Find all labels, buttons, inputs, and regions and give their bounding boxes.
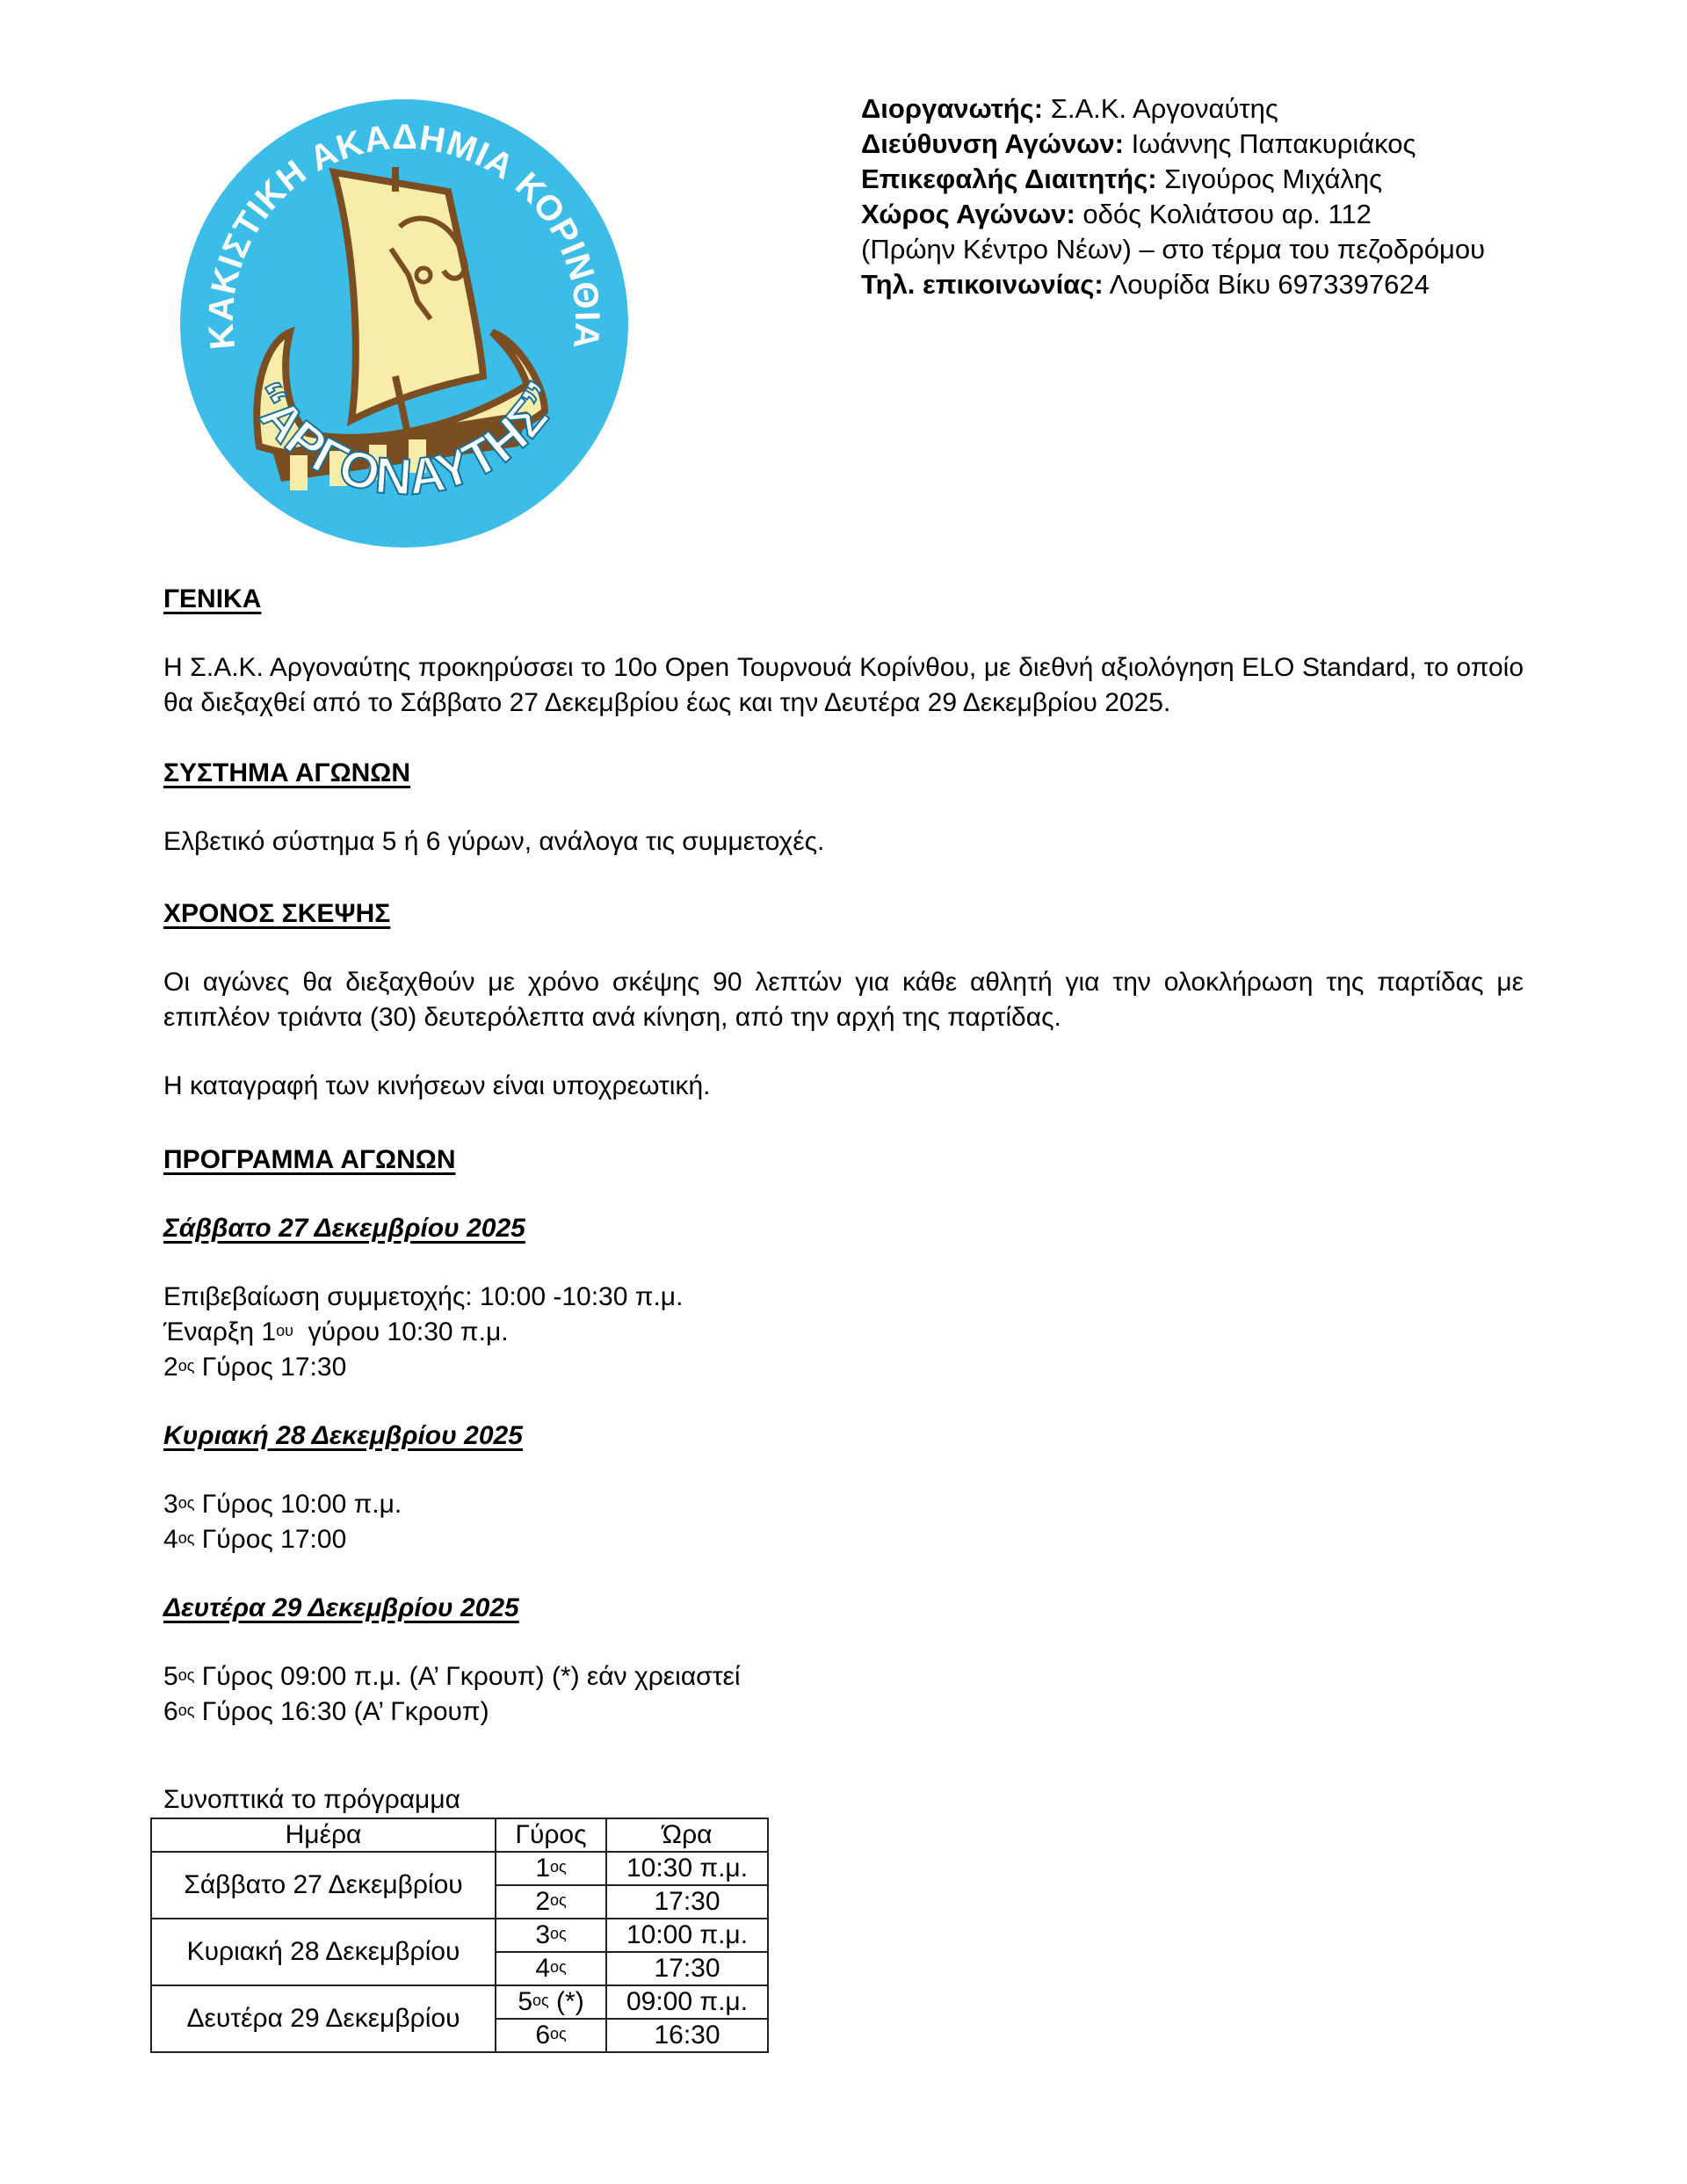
section-title-schedule: ΠΡΟΓΡΑΜΜΑ ΑΓΩΝΩΝ (163, 1143, 1524, 1178)
info-row: (Πρώην Κέντρο Νέων) – στο τέρμα του πεζο… (861, 232, 1485, 267)
schedule-line-text: 2 (163, 1353, 178, 1382)
section-title-general: ΓΕΝΙΚΑ (163, 582, 1524, 617)
summary-round-cell: 6ος (496, 2019, 606, 2052)
schedule-day-title: Δευτέρα 29 Δεκεμβρίου 2025 (163, 1591, 1524, 1626)
schedule-line-text: 4 (163, 1525, 178, 1554)
summary-round-cell: 4ος (496, 1952, 606, 1985)
info-label: Τηλ. επικοινωνίας: (861, 269, 1104, 300)
ordinal-suffix: ος (178, 1357, 195, 1375)
section-time-control: ΧΡΟΝΟΣ ΣΚΕΨΗΣ Οι αγώνες θα διεξαχθούν με… (163, 896, 1524, 1104)
section-title-system: ΣΥΣΤΗΜΑ ΑΓΩΝΩΝ (163, 756, 1524, 791)
schedule-line-text: Γύρος 10:00 π.μ. (194, 1490, 402, 1519)
header-round: Γύρος (496, 1818, 606, 1852)
schedule-line-text: 3 (163, 1490, 178, 1519)
summary-round-cell: 3ος (496, 1919, 606, 1952)
schedule-line: Έναρξη 1ου γύρου 10:30 π.μ. (163, 1315, 1524, 1350)
summary-time-cell: 10:30 π.μ. (606, 1852, 768, 1885)
summary-table: Ημέρα Γύρος Ώρα Σάββατο 27 Δεκεμβρίου1ος… (150, 1818, 769, 2053)
schedule-line-text: 6 (163, 1697, 178, 1726)
ordinal-suffix: ος (550, 1858, 567, 1876)
club-logo: ΣΚΑΚΙΣΤΙΚΗ ΑΚΑΔΗΜΙΑ ΚΟΡΙΝΘΙΑΣ “ΑΡΓΟΝΑΥΤΗ… (176, 95, 633, 552)
section-general: ΓΕΝΙΚΑ Η Σ.Α.Κ. Αργοναύτης προκηρύσσει τ… (163, 582, 1524, 721)
header-time: Ώρα (606, 1818, 768, 1852)
info-label: Διοργανωτής: (861, 93, 1043, 124)
summary-round-cell: 1ος (496, 1852, 606, 1885)
time-control-note: Η καταγραφή των κινήσεων είναι υποχρεωτι… (163, 1069, 1524, 1104)
general-text: Η Σ.Α.Κ. Αργοναύτης προκηρύσσει το 10ο O… (163, 650, 1524, 721)
summary-time-cell: 09:00 π.μ. (606, 1985, 768, 2019)
section-schedule: ΠΡΟΓΡΑΜΜΑ ΑΓΩΝΩΝ Σάββατο 27 Δεκεμβρίου 2… (163, 1143, 1524, 1730)
ordinal-suffix: ος (178, 1701, 195, 1719)
system-text: Ελβετικό σύστημα 5 ή 6 γύρων, ανάλογα τι… (163, 824, 1524, 860)
ordinal-suffix: ος (550, 1958, 567, 1976)
info-value: οδός Κολιάτσου αρ. 112 (1075, 199, 1372, 229)
ordinal-suffix: ος (178, 1529, 195, 1547)
schedule-line-text: Επιβεβαίωση συμμετοχής: 10:00 -10:30 π.μ… (163, 1282, 683, 1311)
schedule-line: 4ος Γύρος 17:00 (163, 1522, 1524, 1557)
schedule-line-text: γύρου 10:30 π.μ. (293, 1317, 509, 1346)
info-row: Επικεφαλής Διαιτητής: Σιγούρος Μιχάλης (861, 162, 1485, 197)
schedule-line-text: Γύρος 09:00 π.μ. (Α’ Γκρουπ) (*) εάν χρε… (194, 1662, 740, 1691)
ordinal-suffix: ος (532, 1992, 549, 2009)
document-page: ΣΚΑΚΙΣΤΙΚΗ ΑΚΑΔΗΜΙΑ ΚΟΡΙΝΘΙΑΣ “ΑΡΓΟΝΑΥΤΗ… (0, 0, 1687, 2184)
summary-time-cell: 16:30 (606, 2019, 768, 2052)
ordinal-suffix: ος (178, 1666, 195, 1684)
schedule-days: Σάββατο 27 Δεκεμβρίου 2025Επιβεβαίωση συ… (163, 1211, 1524, 1730)
info-value: Λουρίδα Βίκυ 6973397624 (1104, 269, 1430, 300)
round-number: 3 (535, 1920, 550, 1949)
schedule-line: 6ος Γύρος 16:30 (Α’ Γκρουπ) (163, 1694, 1524, 1730)
schedule-day-title: Σάββατο 27 Δεκεμβρίου 2025 (163, 1211, 1524, 1246)
summary-day-cell: Κυριακή 28 Δεκεμβρίου (151, 1919, 496, 1985)
summary-row: Δευτέρα 29 Δεκεμβρίου5ος (*)09:00 π.μ. (151, 1985, 768, 2019)
ordinal-suffix: ος (178, 1494, 195, 1512)
round-number: 6 (535, 2021, 550, 2050)
header-day: Ημέρα (151, 1818, 496, 1852)
summary-day-cell: Σάββατο 27 Δεκεμβρίου (151, 1852, 496, 1919)
summary-round-cell: 2ος (496, 1885, 606, 1919)
time-control-text: Οι αγώνες θα διεξαχθούν με χρόνο σκέψης … (163, 965, 1524, 1035)
ordinal-suffix: ου (276, 1322, 293, 1339)
info-value: Ιωάννης Παπακυριάκος (1124, 128, 1416, 159)
organizer-info: Διοργανωτής: Σ.Α.Κ. ΑργοναύτηςΔιεύθυνση … (861, 91, 1485, 302)
round-number: 1 (535, 1854, 550, 1883)
info-row: Τηλ. επικοινωνίας: Λουρίδα Βίκυ 69733976… (861, 267, 1485, 302)
schedule-line-text: Έναρξη 1 (163, 1317, 276, 1346)
info-label: Επικεφαλής Διαιτητής: (861, 163, 1157, 194)
ordinal-suffix: ος (550, 2025, 567, 2043)
summary-header-row: Ημέρα Γύρος Ώρα (151, 1818, 768, 1852)
schedule-line-text: Γύρος 17:30 (194, 1353, 346, 1382)
info-row: Διοργανωτής: Σ.Α.Κ. Αργοναύτης (861, 91, 1485, 127)
info-label: Χώρος Αγώνων: (861, 199, 1075, 229)
schedule-line-text: Γύρος 17:00 (194, 1525, 346, 1554)
info-value: Σιγούρος Μιχάλης (1157, 163, 1383, 194)
schedule-line: Επιβεβαίωση συμμετοχής: 10:00 -10:30 π.μ… (163, 1280, 1524, 1315)
summary-round-cell: 5ος (*) (496, 1985, 606, 2019)
summary-caption: Συνοπτικά το πρόγραμμα (163, 1784, 460, 1816)
round-note: (*) (549, 1987, 584, 2016)
schedule-line-text: Γύρος 16:30 (Α’ Γκρουπ) (194, 1697, 489, 1726)
summary-time-cell: 17:30 (606, 1952, 768, 1985)
schedule-line: 3ος Γύρος 10:00 π.μ. (163, 1487, 1524, 1522)
summary-time-cell: 10:00 π.μ. (606, 1919, 768, 1952)
schedule-day-title: Κυριακή 28 Δεκεμβρίου 2025 (163, 1419, 1524, 1454)
round-number: 4 (535, 1954, 550, 1983)
ordinal-suffix: ος (550, 1891, 567, 1909)
summary-row: Σάββατο 27 Δεκεμβρίου1ος10:30 π.μ. (151, 1852, 768, 1885)
round-number: 2 (535, 1887, 550, 1916)
section-system: ΣΥΣΤΗΜΑ ΑΓΩΝΩΝ Ελβετικό σύστημα 5 ή 6 γύ… (163, 756, 1524, 860)
schedule-line: 5ος Γύρος 09:00 π.μ. (Α’ Γκρουπ) (*) εάν… (163, 1659, 1524, 1694)
info-label: Διεύθυνση Αγώνων: (861, 128, 1124, 159)
info-value: (Πρώην Κέντρο Νέων) – στο τέρμα του πεζο… (861, 234, 1485, 265)
summary-time-cell: 17:30 (606, 1885, 768, 1919)
summary-row: Κυριακή 28 Δεκεμβρίου3ος10:00 π.μ. (151, 1919, 768, 1952)
schedule-line: 2ος Γύρος 17:30 (163, 1350, 1524, 1385)
info-row: Διεύθυνση Αγώνων: Ιωάννης Παπακυριάκος (861, 127, 1485, 162)
section-title-time-control: ΧΡΟΝΟΣ ΣΚΕΨΗΣ (163, 896, 1524, 932)
ordinal-suffix: ος (550, 1925, 567, 1942)
round-number: 5 (518, 1987, 532, 2016)
info-row: Χώρος Αγώνων: οδός Κολιάτσου αρ. 112 (861, 197, 1485, 232)
info-value: Σ.Α.Κ. Αργοναύτης (1043, 93, 1278, 124)
summary-day-cell: Δευτέρα 29 Δεκεμβρίου (151, 1985, 496, 2052)
schedule-line-text: 5 (163, 1662, 178, 1691)
